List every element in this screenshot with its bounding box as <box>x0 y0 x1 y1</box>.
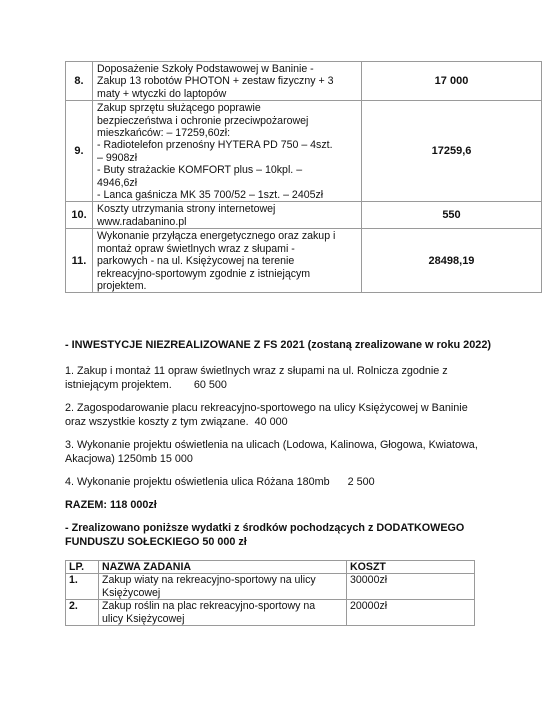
row-lp: 1. <box>66 574 99 600</box>
table-row: 10. Koszty utrzymania strony internetowe… <box>66 202 542 229</box>
unrealized-heading: - INWESTYCJE NIEZREALIZOWANE Z FS 2021 (… <box>65 339 545 353</box>
item-amount: 60 500 <box>194 379 227 391</box>
row-description: Zakup sprzętu służącego poprawie bezpiec… <box>93 101 362 202</box>
additional-fund-table: LP. NAZWA ZADANIA KOSZT 1. Zakup wiaty n… <box>65 560 475 626</box>
header-cost: KOSZT <box>347 561 475 574</box>
table-row: 1. Zakup wiaty na rekreacyjno-sportowy n… <box>66 574 475 600</box>
row-name: Zakup wiaty na rekreacyjno-sportowy na u… <box>99 574 347 600</box>
unrealized-item-1: 1. Zakup i montaż 11 opraw świetlnych wr… <box>65 365 545 392</box>
row-number: 9. <box>66 101 93 202</box>
table-row: 2. Zakup roślin na plac rekreacyjno-spor… <box>66 600 475 626</box>
unrealized-item-4: 4. Wykonanie projektu oświetlenia ulica … <box>65 476 545 490</box>
unrealized-total: RAZEM: 118 000zł <box>65 499 545 513</box>
row-value: 28498,19 <box>362 229 542 293</box>
row-number: 11. <box>66 229 93 293</box>
row-value: 550 <box>362 202 542 229</box>
row-number: 8. <box>66 62 93 101</box>
table-header-row: LP. NAZWA ZADANIA KOSZT <box>66 561 475 574</box>
unrealized-item-3: 3. Wykonanie projektu oświetlenia na uli… <box>65 439 545 466</box>
row-cost: 20000zł <box>347 600 475 626</box>
row-value: 17259,6 <box>362 101 542 202</box>
row-description: Doposażenie Szkoły Podstawowej w Baninie… <box>93 62 362 101</box>
header-name: NAZWA ZADANIA <box>99 561 347 574</box>
header-lp: LP. <box>66 561 99 574</box>
item-amount: 2 500 <box>348 476 375 488</box>
row-name: Zakup roślin na plac rekreacyjno-sportow… <box>99 600 347 626</box>
row-description: Wykonanie przyłącza energetycznego oraz … <box>93 229 362 293</box>
item-amount: 15 000 <box>160 453 193 465</box>
item-amount: 40 000 <box>255 416 288 428</box>
expenses-table: 8. Doposażenie Szkoły Podstawowej w Bani… <box>65 61 542 293</box>
row-cost: 30000zł <box>347 574 475 600</box>
row-number: 10. <box>66 202 93 229</box>
row-value: 17 000 <box>362 62 542 101</box>
row-description: Koszty utrzymania strony internetowej ww… <box>93 202 362 229</box>
table-row: 9. Zakup sprzętu służącego poprawie bezp… <box>66 101 542 202</box>
row-lp: 2. <box>66 600 99 626</box>
additional-fund-heading: - Zrealizowano poniższe wydatki z środkó… <box>65 522 545 549</box>
table-row: 11. Wykonanie przyłącza energetycznego o… <box>66 229 542 293</box>
unrealized-item-2: 2. Zagospodarowanie placu rekreacyjno-sp… <box>65 402 545 429</box>
document-page: 8. Doposażenie Szkoły Podstawowej w Bani… <box>0 0 556 720</box>
table-row: 8. Doposażenie Szkoły Podstawowej w Bani… <box>66 62 542 101</box>
